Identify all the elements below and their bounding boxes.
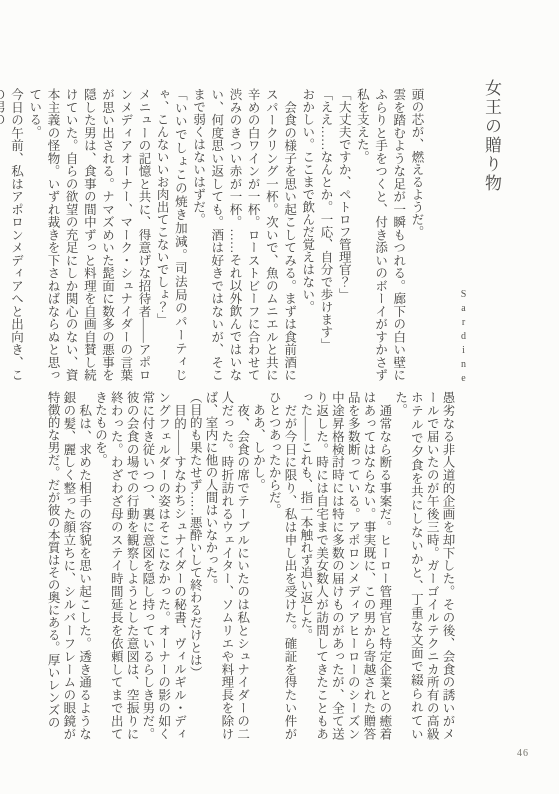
paragraph: 愚劣なる非人道的企画を却下した。その後、会食の誘いがメールで届いたのが午後三時。…	[392, 391, 455, 740]
author-name: Sardine	[458, 289, 469, 387]
page-title: 女王の贈り物	[479, 79, 504, 193]
paragraph: 「いいでしょこの焼き加減。司法局のパーティじゃ、こんないいお肉出てこないでしょ？…	[153, 88, 189, 381]
text-block-upper: 頭の芯が、燃えるようだ。 雲を踏むような足が一瞬もつれる。廊下の白い壁にふらりと…	[64, 88, 426, 381]
paragraph: 「大丈夫ですか、ペトロフ管理官？」	[335, 88, 353, 381]
paragraph: だが今日に限り、私は申し出を受けた。確証を得たい件がひとつあったからだ。	[265, 391, 297, 740]
paragraph: 目的――すなわちシュナイダーの秘書、ヴィルギル・ディングフェルダーの姿はそこにな…	[92, 391, 187, 740]
paragraph: 会食の様子を思い起こしてみる。まずは食前酒にスパークリング一杯。次いで、魚のムニ…	[189, 88, 298, 381]
paragraph: 夜、会食の席でテーブルにいたのは私とシュナイダーの二人だった。時折訪れるウェイタ…	[202, 391, 249, 740]
paragraph: 頭の芯が、燃えるようだ。	[408, 88, 426, 381]
paragraph: 通常なら断る事案だ。ヒーロー管理官と特定企業との癒着はあってはならない。事実既に…	[297, 391, 392, 740]
novel-page: 女王の贈り物 Sardine 頭の芯が、燃えるようだ。 雲を踏むような足が一瞬も…	[0, 0, 559, 794]
text-block-lower: 愚劣なる非人道的企画を却下した。その後、会食の誘いがメールで届いたのが午後三時。…	[64, 391, 455, 740]
paragraph: おかしい。ここまで飲んだ覚えはない。	[299, 88, 317, 381]
paragraph: ああ、しかし。	[250, 391, 266, 740]
paragraph: 今日の午前、私はアポロンメディアへと出向き、この男の	[0, 88, 26, 381]
paragraph: メニューの記憶と共に、得意げな招待者――アポロンメディアオーナー、マーク・シュナ…	[26, 88, 153, 381]
paragraph: 雲を踏むような足が一瞬もつれる。廊下の白い壁にふらりと手をつくと、付き添いのボー…	[353, 88, 408, 381]
paragraph: （目的も果たせず……悪酔いして終わるだけとは）	[186, 391, 202, 740]
paragraph: 私は、求めた相手の容貌を思い起こした。透き通るような銀の髪、麗しく整った顔立ちに…	[44, 391, 91, 740]
paragraph: 「ええ……なんとか。一応、自分で歩けます」	[317, 88, 335, 381]
page-number: 46	[517, 748, 529, 759]
